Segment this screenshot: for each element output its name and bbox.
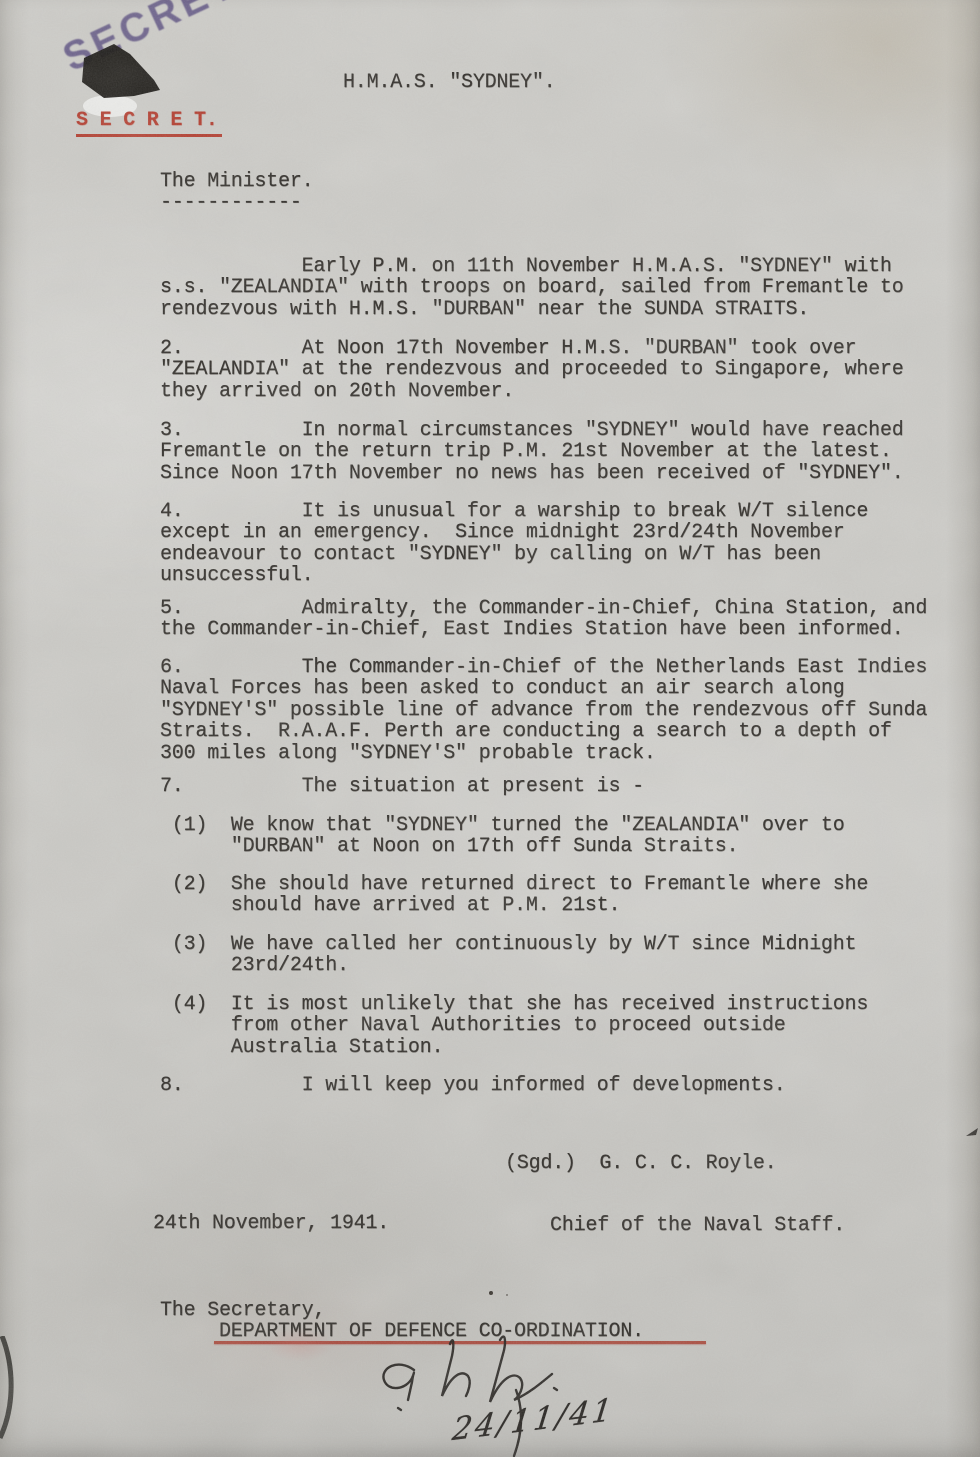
ink-blot-icon	[62, 38, 172, 118]
text-line: (2) She should have returned direct to F…	[160, 874, 868, 895]
paragraph: 7. The situation at present is -	[160, 776, 644, 797]
text-line: 6. The Commander-in-Chief of the Netherl…	[160, 657, 927, 678]
text-line: Naval Forces has been asked to conduct a…	[160, 678, 927, 699]
text-line: 2. At Noon 17th November H.M.S. "DURBAN"…	[160, 338, 904, 359]
edge-ink-mark	[962, 1126, 980, 1142]
text-line: unsuccessful.	[160, 565, 868, 586]
document-page: SECRET S E C R E T. H.M.A.S. "SYDNEY". T…	[0, 0, 980, 1457]
text-line: except in an emergency. Since midnight 2…	[160, 522, 868, 543]
text-line: from other Naval Authorities to proceed …	[160, 1015, 868, 1036]
text-line: Australia Station.	[160, 1037, 868, 1058]
secretary-line: The Secretary,	[160, 1300, 325, 1321]
addressee: The Minister.------------	[160, 171, 313, 214]
ink-speck	[489, 1291, 493, 1295]
addressee-name: The Minister.	[160, 171, 313, 192]
paragraph: 6. The Commander-in-Chief of the Netherl…	[160, 657, 927, 764]
text-line: (3) We have called her continuously by W…	[160, 934, 856, 955]
text-line: 3. In normal circumstances "SYDNEY" woul…	[160, 420, 904, 441]
paragraph: 5. Admiralty, the Commander-in-Chief, Ch…	[160, 598, 927, 641]
classification-label: S E C R E T.	[76, 110, 222, 137]
signed-line: (Sgd.) G. C. C. Royle.	[505, 1153, 776, 1174]
paragraph: (3) We have called her continuously by W…	[160, 934, 856, 977]
text-line: Early P.M. on 11th November H.M.A.S. "SY…	[160, 256, 904, 277]
text-line: s.s. "ZEALANDIA" with troops on board, s…	[160, 277, 904, 298]
addressee-underline: ------------	[160, 192, 313, 213]
text-line: endeavour to contact "SYDNEY" by calling…	[160, 544, 868, 565]
text-line: "ZEALANDIA" at the rendezvous and procee…	[160, 359, 904, 380]
text-line: 300 miles along "SYDNEY'S" probable trac…	[160, 743, 927, 764]
text-line: (4) It is most unlikely that she has rec…	[160, 994, 868, 1015]
paragraph: 3. In normal circumstances "SYDNEY" woul…	[160, 420, 904, 484]
punch-hole-edge-mark	[0, 1336, 19, 1440]
text-line: they arrived on 20th November.	[160, 381, 904, 402]
text-line: 4. It is unusual for a warship to break …	[160, 501, 868, 522]
text-line: 8. I will keep you informed of developme…	[160, 1075, 786, 1096]
role-line: Chief of the Naval Staff.	[550, 1215, 845, 1236]
text-line: 7. The situation at present is -	[160, 776, 644, 797]
text-line: "DURBAN" at Noon on 17th off Sunda Strai…	[160, 836, 845, 857]
paragraph: Early P.M. on 11th November H.M.A.S. "SY…	[160, 256, 904, 320]
paper-smudge	[255, 1322, 345, 1367]
date-line: 24th November, 1941.	[153, 1213, 389, 1234]
text-line: the Commander-in-Chief, East Indies Stat…	[160, 619, 927, 640]
paragraph: 4. It is unusual for a warship to break …	[160, 501, 868, 587]
ink-speck	[506, 1294, 508, 1296]
text-line: "SYDNEY'S" possible line of advance from…	[160, 700, 927, 721]
text-line: 5. Admiralty, the Commander-in-Chief, Ch…	[160, 598, 927, 619]
paragraph: (2) She should have returned direct to F…	[160, 874, 868, 917]
paragraph: (4) It is most unlikely that she has rec…	[160, 994, 868, 1058]
paragraph: 2. At Noon 17th November H.M.S. "DURBAN"…	[160, 338, 904, 402]
text-line: 23rd/24th.	[160, 955, 856, 976]
paragraph: 8. I will keep you informed of developme…	[160, 1075, 786, 1096]
text-line: (1) We know that "SYDNEY" turned the "ZE…	[160, 815, 845, 836]
text-line: Since Noon 17th November no news has bee…	[160, 463, 904, 484]
paragraph: (1) We know that "SYDNEY" turned the "ZE…	[160, 815, 845, 858]
text-line: should have arrived at P.M. 21st.	[160, 895, 868, 916]
text-line: Straits. R.A.A.F. Perth are conducting a…	[160, 721, 927, 742]
text-line: Fremantle on the return trip P.M. 21st N…	[160, 441, 904, 462]
document-title: H.M.A.S. "SYDNEY".	[343, 72, 555, 93]
text-line: rendezvous with H.M.S. "DURBAN" near the…	[160, 299, 904, 320]
